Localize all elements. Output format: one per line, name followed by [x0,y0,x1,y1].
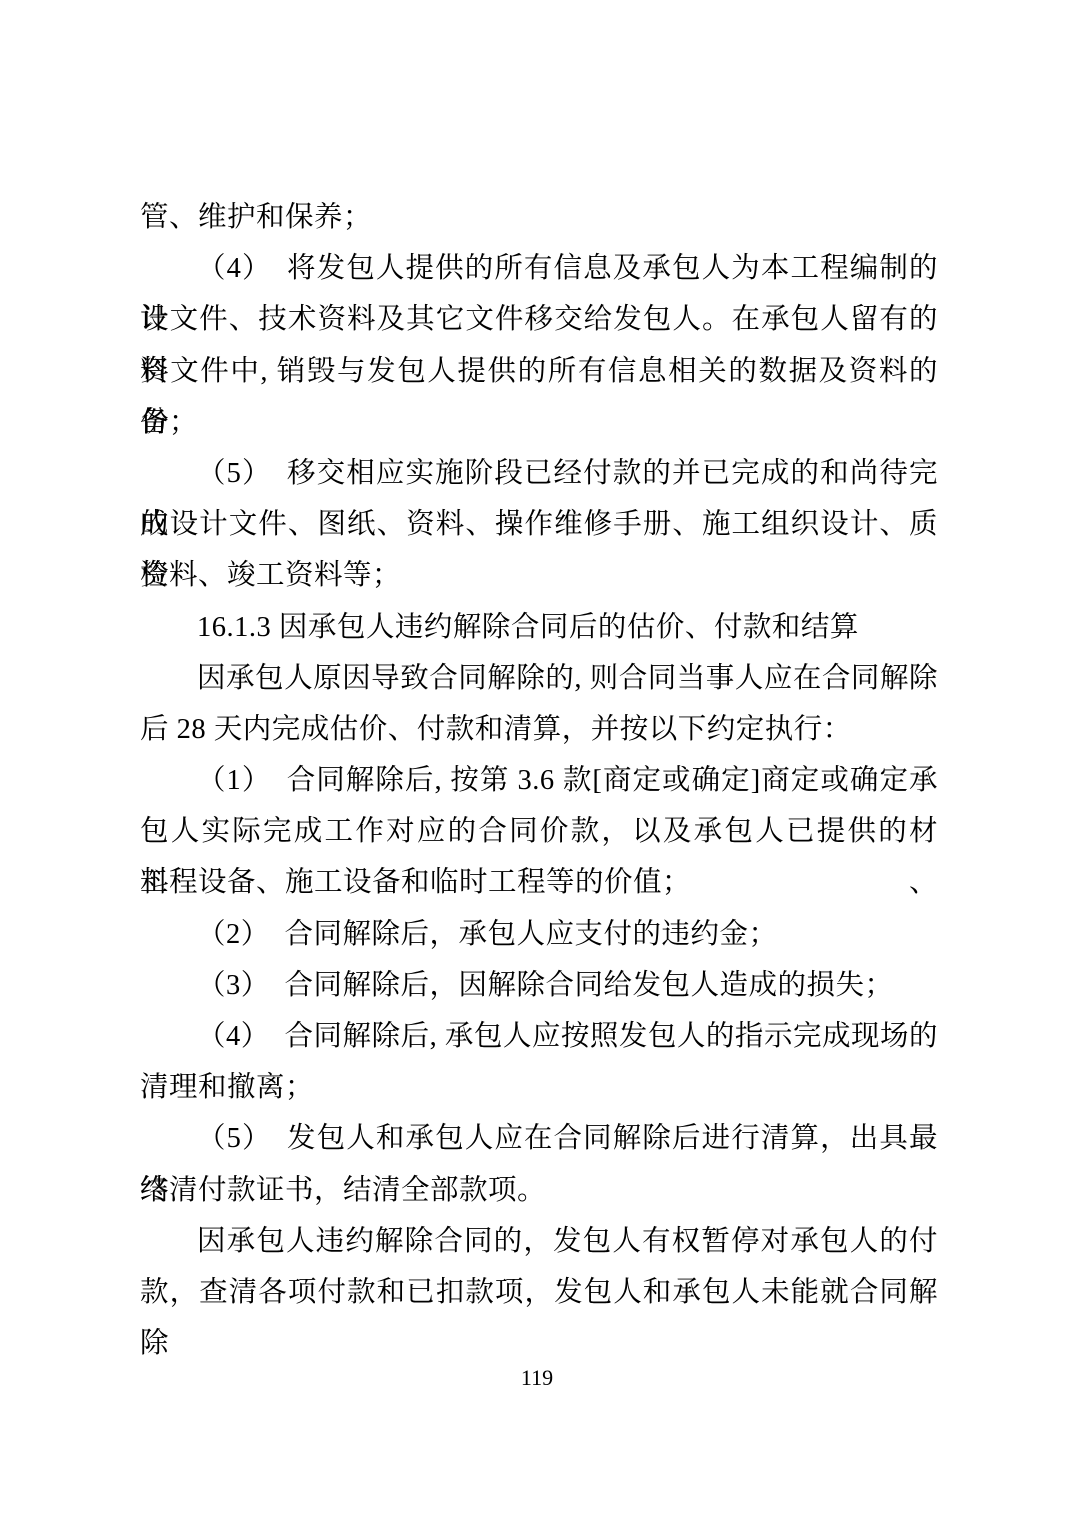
text-line: 计文件、技术资料及其它文件移交给发包人。在承包人留有的资 [140,294,938,345]
text-line: 的设计文件、图纸、资料、操作维修手册、施工组织设计、质检 [140,499,938,550]
heading-line: 16.1.3 因承包人违约解除合同后的估价、付款和结算 [140,602,938,653]
text-line: 结清付款证书，结清全部款项。 [140,1165,938,1216]
document-page: 管、维护和保养；（4） 将发包人提供的所有信息及承包人为本工程编制的设计文件、技… [0,0,1074,1520]
text-line: （5） 发包人和承包人应在合同解除后进行清算，出具最终 [140,1113,938,1164]
text-line: 份； [140,397,938,448]
text-line: （1） 合同解除后, 按第 3.6 款[商定或确定]商定或确定承 [140,755,938,806]
text-line: （3） 合同解除后，因解除合同给发包人造成的损失； [140,960,938,1011]
text-line: 料文件中, 销毁与发包人提供的所有信息相关的数据及资料的备 [140,346,938,397]
text-line: 资料、竣工资料等； [140,550,938,601]
text-line: （5） 移交相应实施阶段已经付款的并已完成的和尚待完成 [140,448,938,499]
text-line: 清理和撤离； [140,1062,938,1113]
page-number: 119 [0,1364,1074,1392]
text-line: 因承包人违约解除合同的，发包人有权暂停对承包人的付 [140,1216,938,1267]
text-line: （4） 将发包人提供的所有信息及承包人为本工程编制的设 [140,243,938,294]
text-line: （4） 合同解除后, 承包人应按照发包人的指示完成现场的 [140,1011,938,1062]
text-line: （2） 合同解除后，承包人应支付的违约金； [140,909,938,960]
contract-body: 管、维护和保养；（4） 将发包人提供的所有信息及承包人为本工程编制的设计文件、技… [140,192,938,1318]
text-line: 后 28 天内完成估价、付款和清算，并按以下约定执行： [140,704,938,755]
text-line: 管、维护和保养； [140,192,938,243]
text-line: 款，查清各项付款和已扣款项，发包人和承包人未能就合同解除 [140,1267,938,1318]
text-line: 因承包人原因导致合同解除的, 则合同当事人应在合同解除 [140,653,938,704]
text-line: 包人实际完成工作对应的合同价款，以及承包人已提供的材料、 [140,806,938,857]
